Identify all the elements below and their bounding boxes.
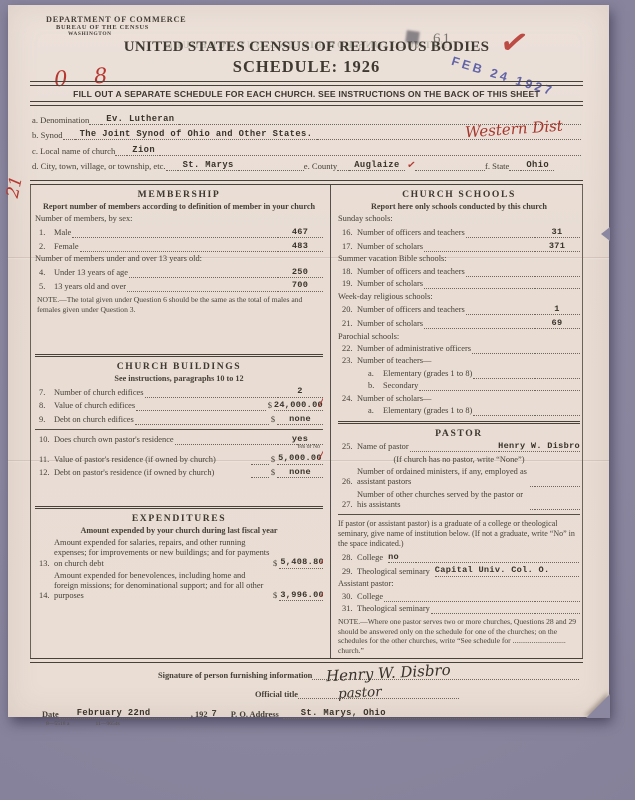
row-label: Number of officers and teachers	[357, 267, 465, 277]
form-row: 25. Name of pastor Henry W. Disbro ╱ ✓	[338, 441, 580, 452]
print-code: 11—9654s	[95, 721, 119, 727]
typed-answer: 5,408.80	[280, 557, 323, 567]
answer-box: 69 ╱ ✓	[534, 318, 580, 329]
row-number: a.	[364, 406, 383, 416]
dotted-leader	[509, 168, 521, 171]
form-row: 23. Number of teachers— ╱ ✓	[338, 356, 580, 366]
row-number: 16.	[338, 228, 357, 238]
print-code: 8—5518 a	[46, 721, 69, 727]
row-label: Debt on church edifices	[54, 415, 134, 425]
section-footnote: NOTE.—The total given under Question 6 s…	[37, 295, 321, 315]
row-label: Number of scholars	[357, 319, 423, 329]
section-title: CHURCH BUILDINGS	[35, 361, 323, 372]
signature-line: Henry W. Disbro	[312, 677, 579, 680]
expenditures-rows: 13. Amount expended for salaries, repair…	[35, 538, 323, 601]
field-city: d. City, town, village, or township, etc…	[32, 160, 304, 171]
dotted-leader	[145, 395, 276, 398]
dotted-leader	[473, 376, 533, 379]
answer-box: ╱ ✓	[534, 613, 580, 614]
church-buildings-section: CHURCH BUILDINGS See instructions, parag…	[35, 354, 323, 503]
row-number: 27.	[338, 500, 357, 510]
row-number: 14.	[35, 591, 54, 601]
row-number: 26.	[338, 477, 357, 487]
form-row: 17. Number of scholars 371 ╱ ✓	[338, 241, 580, 252]
form-row: 8. Value of church edifices $ 24,000.00 …	[35, 400, 323, 411]
right-column: CHURCH SCHOOLS Report here only schools …	[331, 185, 582, 659]
form-row: (If church has no pastor, write “None”) …	[338, 455, 580, 465]
membership-rows: Number of members, by sex: ╱ ✓ 1. Male 4…	[35, 214, 323, 291]
currency-sign: $	[271, 415, 275, 425]
form-row: a. Elementary (grades 1 to 8) ╱ ✓	[338, 369, 580, 379]
typed-year-digit: 7	[212, 709, 217, 719]
section-title: MEMBERSHIP	[35, 189, 323, 200]
typed-answer: Zion	[127, 145, 160, 156]
typed-answer: The Joint Synod of Ohio and Other States…	[75, 129, 318, 140]
row-label: Elementary (grades 1 to 8)	[383, 369, 472, 379]
typed-answer: 69	[552, 318, 563, 328]
membership-section: MEMBERSHIP Report number of members acco…	[35, 185, 323, 351]
answer-box: none ╱ ✓	[277, 414, 323, 425]
row-label: Theological seminary	[357, 567, 430, 577]
row-label: Number of administrative officers	[357, 344, 471, 354]
section-subtitle: Amount expended by your church during la…	[41, 526, 317, 536]
form-row: 22. Number of administrative officers ╱ …	[338, 344, 580, 354]
typed-answer: 700	[292, 280, 308, 290]
row-label: 13 years old and over	[54, 282, 126, 292]
form-row: NOTE.—Where one pastor serves two or mor…	[338, 617, 580, 655]
answer-box: 371 ╱ ✓	[534, 241, 580, 252]
row-number: 20.	[338, 305, 357, 315]
red-slash-mark: ╱	[321, 551, 323, 565]
form-row: 28. College no ╱ ✓	[338, 552, 580, 563]
row-number: 5.	[35, 282, 54, 292]
row-number: 29.	[338, 567, 357, 577]
answer-box: 250 ╱ ✓	[277, 267, 323, 278]
field-label: e. County	[304, 161, 337, 171]
buildings-rows: 7. Number of church edifices 2 ╱ ✓ 8. Va…	[35, 386, 323, 478]
typed-answer: 1	[554, 304, 559, 314]
field-synod: b. Synod The Joint Synod of Ohio and Oth…	[32, 129, 581, 140]
answer-box: Capital Univ. Col. O. ╱ ✓	[435, 565, 550, 576]
form-row: If pastor (or assistant pastor) is a gra…	[338, 519, 580, 549]
row-number: 23.	[338, 356, 357, 366]
row-label: Number of scholars—	[357, 394, 431, 404]
form-row: 1. Male 467 ╱ ✓	[35, 227, 323, 238]
dotted-leader	[136, 408, 266, 411]
typed-answer: none	[289, 414, 311, 424]
field-location-row: d. City, town, village, or township, etc…	[32, 160, 581, 171]
row-label: College	[357, 553, 383, 563]
handwritten-signature: Henry W. Disbro	[326, 661, 451, 686]
typed-answer: 31	[552, 227, 563, 237]
dotted-leader	[175, 442, 276, 445]
answer-box: ╱ ✓	[534, 601, 580, 602]
row-label: Number of scholars	[357, 279, 423, 289]
expenditures-section: EXPENDITURES Amount expended by your chu…	[35, 506, 323, 604]
typed-answer: Auglaize	[349, 160, 404, 171]
row-label: Elementary (grades 1 to 8)	[383, 406, 472, 416]
typed-answer: Ev. Lutheran	[101, 114, 179, 125]
form-body-columns: MEMBERSHIP Report number of members acco…	[30, 185, 583, 659]
currency-sign: $	[273, 559, 277, 569]
answer-box: ╱ ✓	[534, 276, 580, 277]
field-label: a. Denomination	[32, 115, 89, 125]
typed-answer: Henry W. Disbro	[498, 441, 580, 451]
answer-box: 700 ╱ ✓	[277, 280, 323, 291]
form-row: 5. 13 years old and over 700 ╱ ✓	[35, 280, 323, 291]
dotted-leader	[135, 422, 269, 425]
row-label: Number of church edifices	[54, 388, 144, 398]
dotted-leader	[160, 153, 581, 156]
po-address-line: St. Marys, Ohio	[283, 716, 579, 719]
form-row: Number of members under and over 13 year…	[35, 254, 323, 264]
form-row: 29. Theological seminary Capital Univ. C…	[338, 565, 580, 576]
typed-answer: St. Marys	[178, 160, 239, 171]
row-number: 10.	[35, 435, 54, 445]
typed-answer: 483	[292, 241, 308, 251]
dotted-leader	[424, 326, 533, 329]
field-county: e. County Auglaize ✓	[304, 160, 485, 171]
section-subtitle: Report here only schools conducted by th…	[344, 202, 574, 212]
row-number: 4.	[35, 268, 54, 278]
row-label: Week-day religious schools:	[338, 292, 433, 302]
dotted-leader	[317, 137, 581, 140]
form-print-codes: 8—5518 a 11—9654s	[46, 721, 579, 727]
dotted-leader	[415, 168, 485, 171]
form-row: 4. Under 13 years of age 250 ╱ ✓	[35, 267, 323, 278]
form-row: 19. Number of scholars ╱ ✓	[338, 279, 580, 289]
dotted-leader	[80, 249, 276, 252]
dotted-leader	[472, 351, 533, 354]
agency-line: BUREAU OF THE CENSUS	[56, 24, 583, 31]
schools-rows: Sunday schools: ╱ ✓ 16. Number of office…	[338, 214, 580, 417]
answer-box: 31 ╱ ✓	[534, 227, 580, 238]
form-row: 9. Debt on church edifices $ none ╱ ✓	[35, 414, 323, 425]
dotted-leader	[424, 249, 533, 252]
field-label: d. City, town, village, or township, etc…	[32, 161, 166, 171]
agency-block: DEPARTMENT OF COMMERCE BUREAU OF THE CEN…	[46, 15, 583, 37]
left-column: MEMBERSHIP Report number of members acco…	[31, 185, 331, 659]
answer-box: none ╱ ✓	[277, 467, 323, 478]
answer-box: Henry W. Disbro ╱ ✓	[498, 441, 580, 452]
row-number: 30.	[338, 592, 357, 602]
field-label: b. Synod	[32, 130, 63, 140]
row-number: 7.	[35, 388, 54, 398]
form-row: 7. Number of church edifices 2 ╱ ✓	[35, 386, 323, 397]
dotted-leader	[239, 168, 304, 171]
dotted-leader	[63, 137, 75, 140]
form-row: 18. Number of officers and teachers ╱ ✓	[338, 267, 580, 277]
answer-box: 2 ╱ ✓	[277, 386, 323, 397]
dotted-leader	[251, 462, 269, 465]
answer-box: ╱ ✓	[534, 390, 580, 391]
row-label: NOTE.—Where one pastor serves two or mor…	[338, 617, 576, 654]
typed-answer: 2	[297, 386, 302, 396]
dotted-leader	[466, 235, 533, 238]
dotted-leader	[251, 475, 269, 478]
official-title-label: Official title	[255, 690, 298, 699]
dotted-leader	[410, 449, 498, 452]
handwritten-title: pastor	[338, 684, 382, 702]
row-number: 11.	[35, 455, 54, 465]
form-row: 30. College ╱ ✓	[338, 592, 580, 602]
agency-line: DEPARTMENT OF COMMERCE	[46, 15, 583, 24]
dotted-leader	[384, 599, 533, 602]
dotted-leader	[466, 274, 533, 277]
currency-sign: $	[271, 455, 275, 465]
row-label: Under 13 years of age	[54, 268, 128, 278]
row-number: 12.	[35, 468, 54, 478]
row-label: If pastor (or assistant pastor) is a gra…	[338, 519, 575, 548]
row-label: Number of other churches served by the p…	[357, 490, 529, 510]
row-label: Value of church edifices	[54, 401, 135, 411]
row-number: 22.	[338, 344, 357, 354]
form-row: 20. Number of officers and teachers 1 ╱ …	[338, 304, 580, 315]
row-number: 8.	[35, 401, 54, 411]
dotted-leader	[419, 388, 533, 391]
row-label: Female	[54, 242, 79, 252]
dotted-leader	[530, 484, 533, 487]
form-row: 14. Amount expended for benevolences, in…	[35, 571, 323, 601]
dotted-leader	[72, 235, 276, 238]
dotted-leader	[431, 611, 533, 614]
row-number: 9.	[35, 415, 54, 425]
typed-answer: no	[388, 552, 399, 562]
field-label: c. Local name of church	[32, 146, 115, 156]
row-label: Number of officers and teachers	[357, 228, 465, 238]
row-label: Name of pastor	[357, 442, 409, 452]
typed-answer: 3,996.00	[280, 590, 323, 600]
form-row: Assistant pastor: ╱ ✓	[338, 579, 580, 589]
typed-answer: 371	[549, 241, 565, 251]
section-title: CHURCH SCHOOLS	[338, 189, 580, 200]
typed-answer: 250	[292, 267, 308, 277]
row-number: 17.	[338, 242, 357, 252]
row-label: Number of officers and teachers	[357, 305, 465, 315]
field-label: f. State	[485, 161, 509, 171]
red-slash-mark: ╱	[321, 584, 323, 598]
row-number: 28.	[338, 553, 357, 563]
form-row: 31. Theological seminary ╱ ✓	[338, 604, 580, 614]
answer-box: 3,996.00 ╱ ✓	[279, 590, 323, 601]
date-address-row: Date February 22nd , 192 7 P. O. Address…	[42, 709, 579, 719]
section-subtitle: Report number of members according to de…	[41, 202, 317, 212]
row-label: Number of scholars	[357, 242, 423, 252]
row-number: 21.	[338, 319, 357, 329]
row-number: a.	[364, 369, 383, 379]
row-number: 2.	[35, 242, 54, 252]
form-row: 21. Number of scholars 69 ╱ ✓	[338, 318, 580, 329]
row-number: 1.	[35, 228, 54, 238]
dotted-leader	[89, 122, 101, 125]
date-line: February 22nd	[59, 716, 189, 719]
row-label: Number of members, by sex:	[35, 214, 132, 224]
answer-box: no ╱ ✓	[388, 552, 414, 563]
dotted-leader	[466, 312, 533, 315]
row-label: (If church has no pastor, write “None”)	[393, 455, 524, 464]
answer-box: 467 ╱ ✓	[277, 227, 323, 238]
dotted-leader	[530, 507, 533, 510]
form-row: 13. Amount expended for salaries, repair…	[35, 538, 323, 568]
red-check-mark: ✓	[406, 159, 416, 171]
form-row: b. Secondary ╱ ✓	[338, 381, 580, 391]
field-state: f. State Ohio	[485, 160, 581, 171]
instruction-banner: FILL OUT A SEPARATE SCHEDULE FOR EACH CH…	[30, 86, 583, 101]
row-label: Number of members under and over 13 year…	[35, 254, 202, 264]
identification-fields: a. Denomination Ev. Lutheran b. Synod Th…	[30, 106, 583, 180]
section-title: EXPENDITURES	[35, 513, 323, 524]
census-form-paper: INSTRUCTIONS FOR FILLING OUT SCHEDULE 61…	[8, 5, 609, 717]
row-number: 25.	[338, 442, 357, 452]
row-label: Male	[54, 228, 71, 238]
row-number: 19.	[338, 279, 357, 289]
typed-answer: yes	[292, 434, 308, 444]
field-local-church-name: c. Local name of church Zion	[32, 145, 581, 156]
dotted-leader	[127, 289, 276, 292]
answer-box: 5,000.00 ╱ ✓	[277, 453, 323, 464]
form-row: 16. Number of officers and teachers 31 ╱…	[338, 227, 580, 238]
answer-box: 483 ╱ ✓	[277, 241, 323, 252]
dotted-leader	[115, 153, 127, 156]
po-address-label: P. O. Address	[231, 710, 279, 719]
row-label: Assistant pastor:	[338, 579, 394, 589]
row-label: Secondary	[383, 381, 418, 391]
form-row: Summer vacation Bible schools: ╱ ✓	[338, 254, 580, 264]
signature-label: Signature of person furnishing informati…	[158, 671, 312, 680]
form-row: Number of members, by sex: ╱ ✓	[35, 214, 323, 224]
form-row: a. Elementary (grades 1 to 8) ╱ ✓	[338, 406, 580, 416]
form-row: 24. Number of scholars— ╱ ✓	[338, 394, 580, 404]
official-title-line: pastor	[298, 696, 459, 699]
form-row: 10. Does church own pastor's residence y…	[35, 434, 323, 445]
row-label: Amount expended for salaries, repairs, a…	[54, 538, 270, 568]
answer-box: 24,000.00 ╱ ✓	[274, 400, 323, 411]
row-label: Amount expended for benevolences, includ…	[54, 571, 270, 601]
red-slash-mark: ╱	[319, 394, 323, 408]
typed-answer: Ohio	[521, 160, 554, 171]
row-label: Number of teachers—	[357, 356, 431, 366]
row-label: Parochial schools:	[338, 332, 399, 342]
row-label: College	[357, 592, 383, 602]
yes-or-no-hint: Yes or No	[297, 444, 320, 450]
form-row: Sunday schools: ╱ ✓	[338, 214, 580, 224]
form-subtitle: SCHEDULE: 1926	[30, 57, 583, 77]
typed-po-address: St. Marys, Ohio	[301, 708, 386, 718]
answer-box: ╱ ✓	[534, 288, 580, 289]
form-row: Parochial schools: ╱ ✓	[338, 332, 580, 342]
row-label: Theological seminary	[357, 604, 430, 614]
row-label: Sunday schools:	[338, 214, 393, 224]
dotted-leader	[337, 168, 349, 171]
printed-year: , 192	[191, 710, 208, 719]
typed-answer: 24,000.00	[274, 400, 323, 410]
row-label: Summer vacation Bible schools:	[338, 254, 447, 264]
row-number: b.	[364, 381, 383, 391]
pastor-rows: 25. Name of pastor Henry W. Disbro ╱ ✓ (…	[338, 441, 580, 655]
row-number: 13.	[35, 559, 54, 569]
typed-answer: Capital Univ. Col. O.	[435, 565, 550, 575]
form-row: 2. Female 483 ╱ ✓	[35, 241, 323, 252]
typed-answer: none	[289, 467, 311, 477]
dotted-leader	[129, 275, 276, 278]
row-label: Value of pastor's residence (if owned by…	[54, 455, 250, 465]
typed-answer: 5,000.00	[278, 453, 322, 463]
answer-box: 5,408.80 ╱ ✓	[279, 557, 323, 568]
row-label: Does church own pastor's residence	[54, 435, 174, 445]
answer-box: ╱ ✓	[534, 353, 580, 354]
dotted-leader	[550, 574, 579, 577]
answer-box: ╱ ✓	[534, 509, 580, 510]
form-row: 11. Value of pastor's residence (if owne…	[35, 453, 323, 464]
signature-block: Signature of person furnishing informati…	[30, 663, 583, 727]
answer-box: ╱ ✓	[534, 415, 580, 416]
church-schools-section: CHURCH SCHOOLS Report here only schools …	[338, 185, 580, 418]
dotted-leader	[415, 560, 579, 563]
currency-sign: $	[273, 591, 277, 601]
dotted-leader	[473, 413, 533, 416]
form-row: ╱ ✓	[35, 429, 323, 430]
dotted-leader	[424, 286, 533, 289]
pastor-section: PASTOR 25. Name of pastor Henry W. Disbr…	[338, 421, 580, 659]
row-label: Number of ordained ministers, if any, em…	[357, 467, 529, 487]
row-number: 24.	[338, 394, 357, 404]
answer-box: yes ╱ ✓ Yes or No	[277, 434, 323, 445]
row-number: 18.	[338, 267, 357, 277]
official-title-row: Official title pastor	[255, 690, 459, 699]
section-subtitle: See instructions, paragraphs 10 to 12	[41, 374, 317, 384]
answer-box: ╱ ✓	[534, 486, 580, 487]
answer-box: ╱ ✓	[534, 378, 580, 379]
form-row: 26. Number of ordained ministers, if any…	[338, 467, 580, 487]
row-label: Debt on pastor's residence (if owned by …	[54, 468, 250, 478]
form-row: ╱ ✓	[338, 514, 580, 515]
currency-sign: $	[268, 401, 272, 411]
form-row: Week-day religious schools: ╱ ✓	[338, 292, 580, 302]
row-number: 31.	[338, 604, 357, 614]
date-label: Date	[42, 710, 59, 719]
agency-line: WASHINGTON	[68, 31, 583, 37]
dotted-leader	[166, 168, 178, 171]
signature-row: Signature of person furnishing informati…	[158, 671, 579, 680]
typed-date: February 22nd	[77, 708, 151, 718]
form-row: 27. Number of other churches served by t…	[338, 490, 580, 510]
form-row: 12. Debt on pastor's residence (if owned…	[35, 467, 323, 478]
answer-box: 1 ╱ ✓	[534, 304, 580, 315]
currency-sign: $	[271, 468, 275, 478]
form-title: UNITED STATES CENSUS OF RELIGIOUS BODIES	[30, 39, 583, 56]
typed-answer: 467	[292, 227, 308, 237]
section-title: PASTOR	[338, 428, 580, 439]
red-slash-mark: ╱	[319, 447, 323, 461]
